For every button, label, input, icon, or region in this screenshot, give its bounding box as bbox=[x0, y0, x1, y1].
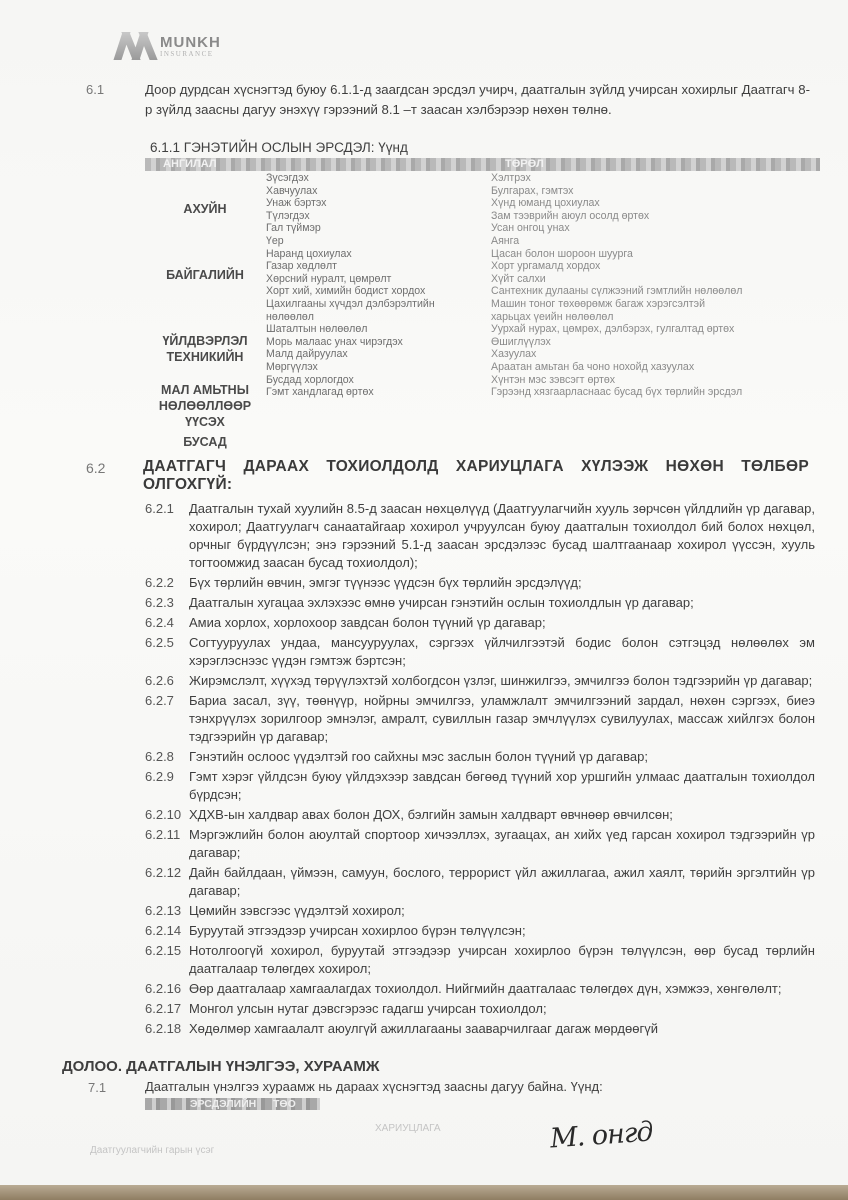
company-logo: MUNKH INSURANCE bbox=[116, 32, 221, 60]
exclusion-item: 6.2.7Бариа засал, зүү, төөнүүр, нойрны э… bbox=[145, 692, 815, 746]
category-industrial: ҮЙЛДВЭРЛЭЛ ТЕХНИКИЙН bbox=[145, 333, 265, 365]
risk-list-middle: ЗүсэгдэхХавчуулахУнаж бэртэхТүлэгдэхГал … bbox=[266, 172, 435, 399]
item-number: 6.2.1 bbox=[145, 500, 189, 572]
item-number: 6.2.5 bbox=[145, 634, 189, 670]
item-text: Монгол улсын нутаг дэвсгэрээс гадагш учи… bbox=[189, 1000, 815, 1018]
risk-item: Гэмт хандлагад өртөх bbox=[266, 386, 435, 399]
item-text: Гэнэтийн ослоос үүдэлтэй гоо сайхны мэс … bbox=[189, 748, 815, 766]
item-text: Өөр даатгалаар хамгаалагдах тохиолдол. Н… bbox=[189, 980, 815, 998]
risk-item: Хорт ургамалд хордох bbox=[491, 260, 742, 273]
item-text: Хөдөлмөр хамгаалалт аюулгүй ажиллагааны … bbox=[189, 1020, 815, 1038]
exclusion-item: 6.2.17Монгол улсын нутаг дэвсгэрээс гада… bbox=[145, 1000, 815, 1018]
risk-item: Цахилгааны хүчдэл дэлбэрэлтийн bbox=[266, 298, 435, 311]
item-number: 6.2.17 bbox=[145, 1000, 189, 1018]
exclusions-list: 6.2.1Даатгалын тухай хуулийн 8.5-д зааса… bbox=[145, 500, 815, 1040]
risk-item: Өшиглүүлэх bbox=[491, 336, 742, 349]
risk-item: Хазуулах bbox=[491, 348, 742, 361]
item-text: Согтууруулах ундаа, мансууруулах, сэргээ… bbox=[189, 634, 815, 670]
item-text: Амиа хорлох, хорлохоор завдсан болон түү… bbox=[189, 614, 815, 632]
item-number: 6.2.8 bbox=[145, 748, 189, 766]
header-risk: ЭРСДЭЛИЙН bbox=[190, 1098, 256, 1110]
risk-item: Унаж бэртэх bbox=[266, 197, 435, 210]
risk-item: Хэлтрэх bbox=[491, 172, 742, 185]
category-line: ҮҮСЭХ bbox=[145, 414, 265, 430]
header-rate: ТӨО bbox=[273, 1098, 296, 1110]
item-text: ХДХВ-ын халдвар авах болон ДОХ, бэлгийн … bbox=[189, 806, 815, 824]
risk-item: Хавчуулах bbox=[266, 185, 435, 198]
section-number: 7.1 bbox=[88, 1080, 106, 1095]
section-6-1-text: Доор дурдсан хүснэгтэд буюу 6.1.1-д зааг… bbox=[145, 80, 810, 120]
risk-table-header: АНГИЛАЛ ТӨРӨЛ bbox=[145, 158, 820, 171]
risk-item: Түлэгдэх bbox=[266, 210, 435, 223]
risk-item: Үер bbox=[266, 235, 435, 248]
header-type: ТӨРӨЛ bbox=[505, 158, 544, 171]
risk-item: Хүнд юманд цохиулах bbox=[491, 197, 742, 210]
risk-item: Уурхай нурах, цөмрөх, дэлбэрэх, гулгалта… bbox=[491, 323, 742, 336]
risk-item: Наранд цохиулах bbox=[266, 248, 435, 261]
logo-name: MUNKH bbox=[160, 35, 221, 50]
item-number: 6.2.15 bbox=[145, 942, 189, 978]
logo-m-icon bbox=[116, 32, 154, 60]
section-number: 6.1 bbox=[86, 82, 104, 97]
item-number: 6.2.11 bbox=[145, 826, 189, 862]
risk-item: Гал түймэр bbox=[266, 222, 435, 235]
exclusion-item: 6.2.14Буруутай этгээдээр учирсан хохирло… bbox=[145, 922, 815, 940]
exclusion-item: 6.2.1Даатгалын тухай хуулийн 8.5-д зааса… bbox=[145, 500, 815, 572]
risk-item: Булгарах, гэмтэх bbox=[491, 185, 742, 198]
item-number: 6.2.12 bbox=[145, 864, 189, 900]
exclusion-item: 6.2.11Мэргэжлийн болон аюултай спортоор … bbox=[145, 826, 815, 862]
section-7-heading: ДОЛОО. ДААТГАЛЫН ҮНЭЛГЭЭ, ХУРААМЖ bbox=[62, 1058, 379, 1075]
premium-table-header: ЭРСДЭЛИЙН ТӨО bbox=[145, 1098, 320, 1110]
subsection-title: 6.1.1 ГЭНЭТИЙН ОСЛЫН ЭРСДЭЛ: Үүнд bbox=[150, 140, 408, 155]
risk-item: Хөрсний нуралт, цөмрөлт bbox=[266, 273, 435, 286]
risk-item: Мөргүүлэх bbox=[266, 361, 435, 374]
item-text: Мэргэжлийн болон аюултай спортоор хичээл… bbox=[189, 826, 815, 862]
risk-item: Цасан болон шороон шуурга bbox=[491, 248, 742, 261]
exclusion-item: 6.2.12Дайн байлдаан, үймээн, самуун, бос… bbox=[145, 864, 815, 900]
exclusion-item: 6.2.6Жирэмслэлт, хүүхэд төрүүлэхтэй холб… bbox=[145, 672, 815, 690]
category-line: НӨЛӨӨЛЛӨӨР bbox=[145, 398, 265, 414]
risk-item: Хүнтэн мэс зэвсэгт өртөх bbox=[491, 374, 742, 387]
risk-item: Зам тээврийн аюул осолд өртөх bbox=[491, 210, 742, 223]
item-number: 6.2.4 bbox=[145, 614, 189, 632]
category-line: ҮЙЛДВЭРЛЭЛ bbox=[145, 333, 265, 349]
faint-stamp-text: ХАРИУЦЛАГА bbox=[375, 1123, 441, 1134]
risk-item: Морь малаас унах чирэгдэх bbox=[266, 336, 435, 349]
item-text: Гэмт хэрэг үйлдсэн буюу үйлдэхээр завдса… bbox=[189, 768, 815, 804]
category-line: МАЛ АМЬТНЫ bbox=[145, 382, 265, 398]
item-number: 6.2.14 bbox=[145, 922, 189, 940]
risk-item: Машин тоног төхөөрөмж багаж хэрэгсэлтэй bbox=[491, 298, 742, 311]
exclusion-item: 6.2.18Хөдөлмөр хамгаалалт аюулгүй ажилла… bbox=[145, 1020, 815, 1038]
risk-item: Газар хөдлөлт bbox=[266, 260, 435, 273]
exclusion-item: 6.2.15Нотолгоогүй хохирол, буруутай этгэ… bbox=[145, 942, 815, 978]
item-number: 6.2.16 bbox=[145, 980, 189, 998]
section-7-1-text: Даатгалын үнэлгээ хураамж нь дараах хүсн… bbox=[145, 1079, 603, 1094]
item-number: 6.2.7 bbox=[145, 692, 189, 746]
section-6-2-heading: ДААТГАГЧ ДАРААХ ТОХИОЛДОЛД ХАРИУЦЛАГА ХҮ… bbox=[143, 458, 809, 494]
exclusion-item: 6.2.9Гэмт хэрэг үйлдсэн буюу үйлдэхээр з… bbox=[145, 768, 815, 804]
risk-item: Бусдад хорлогдох bbox=[266, 374, 435, 387]
exclusion-item: 6.2.2Бүх төрлийн өвчин, эмгэг түүнээс үү… bbox=[145, 574, 815, 592]
item-text: Даатгалын тухай хуулийн 8.5-д заасан нөх… bbox=[189, 500, 815, 572]
risk-item: Малд дайруулах bbox=[266, 348, 435, 361]
item-text: Цөмийн зэвсгээс үүдэлтэй хохирол; bbox=[189, 902, 815, 920]
exclusion-item: 6.2.3Даатгалын хугацаа эхлэхээс өмнө учи… bbox=[145, 594, 815, 612]
category-animal: МАЛ АМЬТНЫ НӨЛӨӨЛЛӨӨР ҮҮСЭХ bbox=[145, 382, 265, 430]
handwritten-signature: М. онгд bbox=[549, 1116, 654, 1154]
category-natural: БАЙГАЛИЙН bbox=[145, 267, 265, 283]
section-number: 6.2 bbox=[86, 460, 105, 476]
item-number: 6.2.2 bbox=[145, 574, 189, 592]
category-line: ТЕХНИКИЙН bbox=[145, 349, 265, 365]
item-text: Бүх төрлийн өвчин, эмгэг түүнээс үүдсэн … bbox=[189, 574, 815, 592]
category-household: АХУЙН bbox=[145, 201, 265, 217]
risk-list-right: ХэлтрэхБулгарах, гэмтэхХүнд юманд цохиул… bbox=[491, 172, 742, 399]
risk-item: нөлөөлөл bbox=[266, 311, 435, 324]
item-text: Жирэмслэлт, хүүхэд төрүүлэхтэй холбогдсо… bbox=[189, 672, 815, 690]
risk-item: Зүсэгдэх bbox=[266, 172, 435, 185]
risk-item: Шаталтын нөлөөлөл bbox=[266, 323, 435, 336]
risk-item: Аянга bbox=[491, 235, 742, 248]
item-text: Нотолгоогүй хохирол, буруутай этгээдээр … bbox=[189, 942, 815, 978]
exclusion-item: 6.2.8Гэнэтийн ослоос үүдэлтэй гоо сайхны… bbox=[145, 748, 815, 766]
item-text: Даатгалын хугацаа эхлэхээс өмнө учирсан … bbox=[189, 594, 815, 612]
item-number: 6.2.9 bbox=[145, 768, 189, 804]
item-number: 6.2.3 bbox=[145, 594, 189, 612]
item-number: 6.2.6 bbox=[145, 672, 189, 690]
item-number: 6.2.10 bbox=[145, 806, 189, 824]
exclusion-item: 6.2.16Өөр даатгалаар хамгаалагдах тохиол… bbox=[145, 980, 815, 998]
risk-item: Араатан амьтан ба чоно нохойд хазуулах bbox=[491, 361, 742, 374]
desk-surface bbox=[0, 1185, 848, 1200]
risk-item: Усан онгоц унах bbox=[491, 222, 742, 235]
risk-item: Хорт хий, химийн бодист хордох bbox=[266, 285, 435, 298]
item-text: Дайн байлдаан, үймээн, самуун, бослого, … bbox=[189, 864, 815, 900]
faint-signature-label: Даатгуулагчийн гарын үсэг bbox=[90, 1145, 214, 1156]
exclusion-item: 6.2.5Согтууруулах ундаа, мансууруулах, с… bbox=[145, 634, 815, 670]
document-page: MUNKH INSURANCE 6.1 Доор дурдсан хүснэгт… bbox=[0, 0, 848, 1185]
risk-item: Гэрээнд хязгаарласнаас бусад бүх төрлийн… bbox=[491, 386, 742, 399]
item-text: Буруутай этгээдээр учирсан хохирлоо бүрэ… bbox=[189, 922, 815, 940]
exclusion-item: 6.2.13Цөмийн зэвсгээс үүдэлтэй хохирол; bbox=[145, 902, 815, 920]
header-category: АНГИЛАЛ bbox=[163, 158, 217, 171]
item-text: Бариа засал, зүү, төөнүүр, нойрны эмчилг… bbox=[189, 692, 815, 746]
exclusion-item: 6.2.4Амиа хорлох, хорлохоор завдсан боло… bbox=[145, 614, 815, 632]
category-other: БУСАД bbox=[145, 434, 265, 450]
exclusion-item: 6.2.10ХДХВ-ын халдвар авах болон ДОХ, бэ… bbox=[145, 806, 815, 824]
risk-item: Хүйт салхи bbox=[491, 273, 742, 286]
risk-item: Сантехник дулааны сүлжээний гэмтлийн нөл… bbox=[491, 285, 742, 298]
risk-item: харьцах үеийн нөлөөлөл bbox=[491, 311, 742, 324]
item-number: 6.2.18 bbox=[145, 1020, 189, 1038]
logo-subtitle: INSURANCE bbox=[160, 50, 221, 58]
item-number: 6.2.13 bbox=[145, 902, 189, 920]
